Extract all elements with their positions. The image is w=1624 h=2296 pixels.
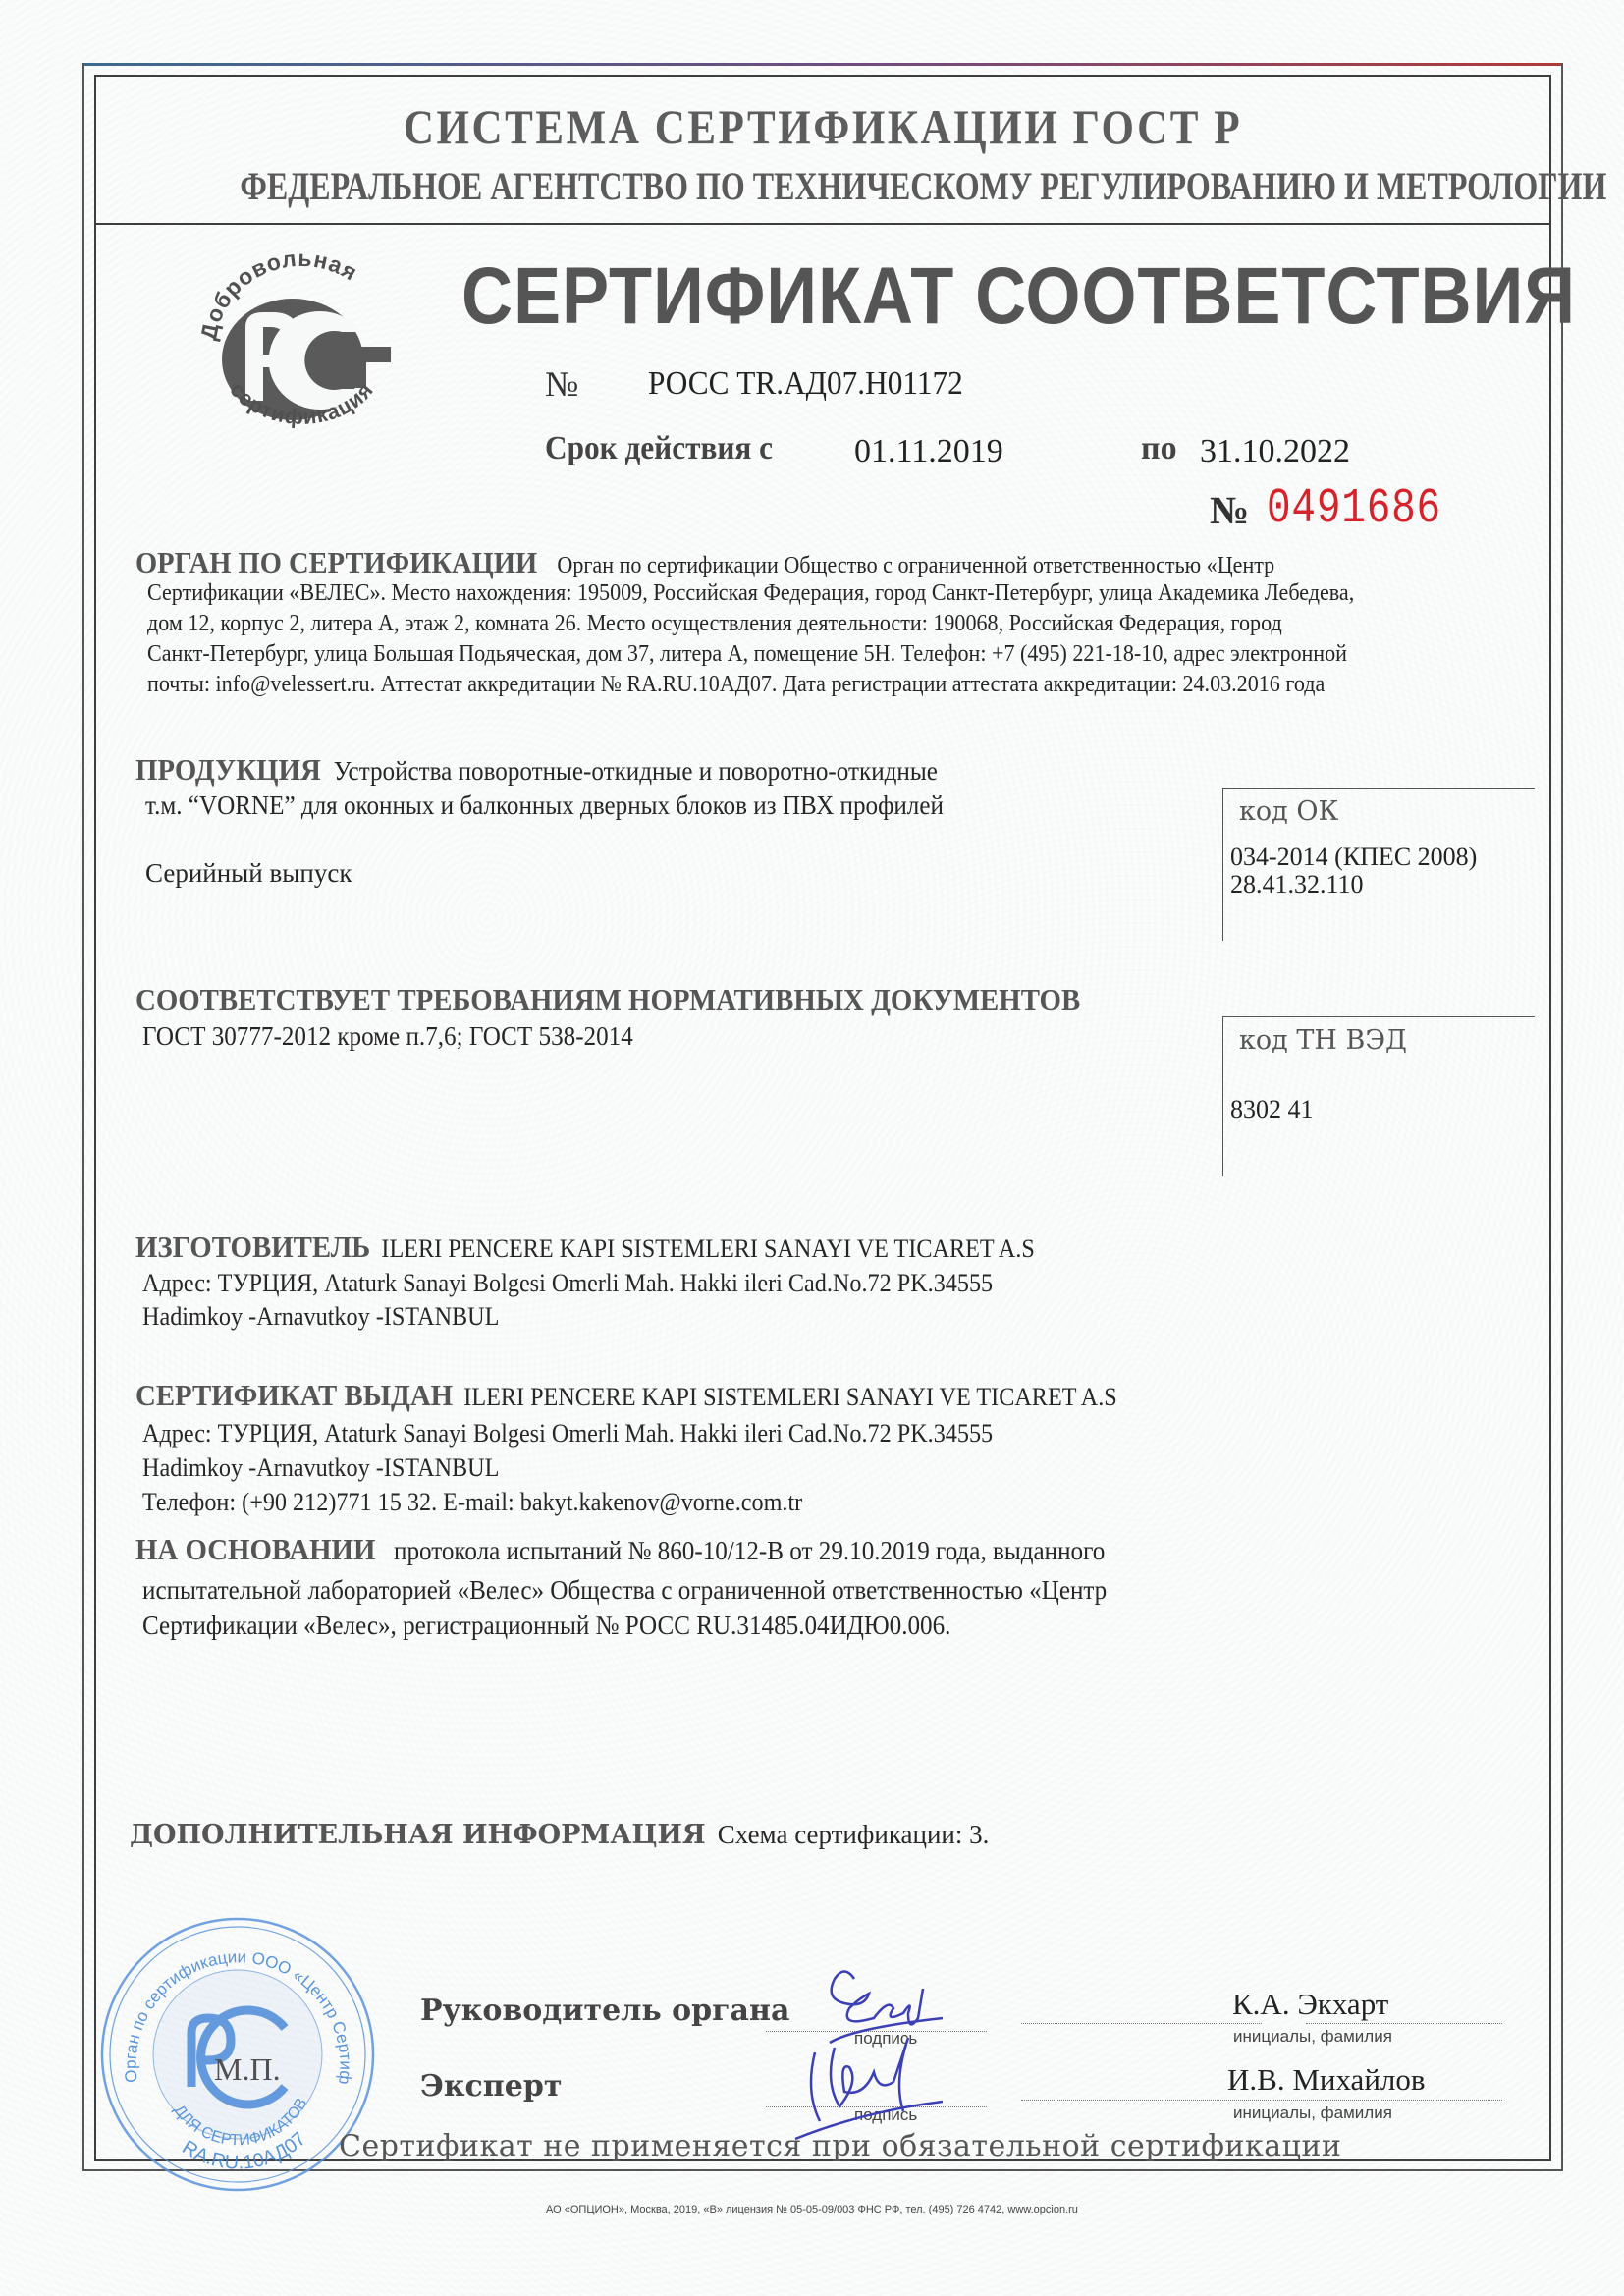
product-heading: ПРОДУКЦИЯ — [135, 752, 321, 787]
manufacturer-heading: ИЗГОТОВИТЕЛЬ — [135, 1230, 370, 1264]
issued-to-name: ILERI PENCERE KAPI SISTEMLERI SANAYI VE … — [463, 1383, 1116, 1411]
basis-line-1: протокола испытаний № 860-10/12-В от 29.… — [394, 1536, 1105, 1565]
validity-label: Срок действия с — [545, 430, 773, 467]
issued-to-section: СЕРТИФИКАТ ВЫДАН ILERI PENCERE KAPI SIST… — [135, 1378, 1117, 1413]
additional-info-section: ДОПОЛНИТЕЛЬНАЯ ИНФОРМАЦИЯ Схема сертифик… — [130, 1820, 989, 1850]
additional-info-heading: ДОПОЛНИТЕЛЬНАЯ ИНФОРМАЦИЯ — [130, 1820, 706, 1850]
certificate-number: РОСС TR.АД07.Н01172 — [648, 365, 963, 403]
certification-scheme: Схема сертификации: 3. — [718, 1820, 990, 1849]
certification-body-line: Сертификации «ВЕЛЕС». Место нахождения: … — [147, 580, 1354, 607]
issued-to-contacts: Телефон: (+90 212)771 15 32. E-mail: bak… — [142, 1488, 802, 1517]
voluntary-note: Сертификат не применяется при обязательн… — [339, 2129, 1341, 2163]
agency-heading: ФЕДЕРАЛЬНОЕ АГЕНТСТВО ПО ТЕХНИЧЕСКОМУ РЕ… — [240, 163, 1405, 209]
basis-line-3: Сертификации «Велес», регистрационный № … — [142, 1611, 950, 1641]
basis-section: НА ОСНОВАНИИ протокола испытаний № 860-1… — [135, 1532, 1105, 1567]
product-line-2: т.м. “VORNE” для оконных и балконных две… — [145, 791, 944, 821]
normative-documents: ГОСТ 30777-2012 кроме п.7,6; ГОСТ 538-20… — [142, 1021, 633, 1052]
tn-ved-value: 8302 41 — [1230, 1096, 1314, 1123]
number-sign: № — [545, 363, 578, 405]
valid-to-label: по — [1141, 430, 1177, 467]
tn-ved-code-box: код ТН ВЭД 8302 41 — [1222, 1016, 1535, 1176]
product-line-1: Устройства поворотные-откидные и поворот… — [334, 756, 938, 786]
head-of-body-label: Руководитель органа — [420, 1994, 789, 2028]
valid-to-date: 31.10.2022 — [1200, 433, 1350, 470]
expert-name: И.В. Михайлов — [1227, 2062, 1426, 2098]
document-title: СЕРТИФИКАТ СООТВЕТСТВИЯ — [461, 250, 1576, 343]
issued-to-heading: СЕРТИФИКАТ ВЫДАН — [135, 1378, 453, 1412]
ok-code-label: код ОК — [1239, 796, 1338, 827]
printer-imprint: АО «ОПЦИОН», Москва, 2019, «В» лицензия … — [0, 2204, 1624, 2215]
seal-stamp-icon: Орган по сертификации ООО «Центр Сертифи… — [98, 1915, 378, 2195]
certification-body-heading: ОРГАН ПО СЕРТИФИКАЦИИ — [135, 545, 537, 579]
expert-signature-icon — [785, 2023, 962, 2141]
issued-to-address-1: Адрес: ТУРЦИЯ, Ataturk Sanayi Bolgesi Om… — [142, 1419, 993, 1449]
system-heading: СИСТЕМА СЕРТИФИКАЦИИ ГОСТ Р — [196, 98, 1449, 155]
conformity-heading: СООТВЕТСТВУЕТ ТРЕБОВАНИЯМ НОРМАТИВНЫХ ДО… — [135, 982, 1080, 1017]
certification-body-line: Орган по сертификации Общество с огранич… — [557, 553, 1274, 578]
head-name-line-2 — [1306, 2023, 1502, 2024]
tn-ved-label: код ТН ВЭД — [1239, 1025, 1407, 1056]
certification-body-line: Санкт-Петербург, улица Большая Подьяческ… — [147, 641, 1347, 668]
valid-from-date: 01.11.2019 — [854, 433, 1003, 470]
ok-code-box: код ОК 034-2014 (КПЕС 2008) 28.41.32.110 — [1222, 788, 1535, 941]
head-name-line — [1021, 2023, 1262, 2024]
seal-place-label: М.П. — [214, 2051, 281, 2087]
basis-heading: НА ОСНОВАНИИ — [135, 1532, 375, 1566]
product-section: ПРОДУКЦИЯ Устройства поворотные-откидные… — [135, 752, 938, 788]
issued-to-address-2: Hadimkoy -Arnavutkoy -ISTANBUL — [142, 1453, 499, 1483]
ok-code-value: 034-2014 (КПЕС 2008) 28.41.32.110 — [1230, 844, 1477, 899]
manufacturer-address-1: Адрес: ТУРЦИЯ, Ataturk Sanayi Bolgesi Om… — [142, 1269, 993, 1298]
head-name-caption: инициалы, фамилия — [1233, 2027, 1392, 2047]
manufacturer-address-2: Hadimkoy -Arnavutkoy -ISTANBUL — [142, 1302, 499, 1332]
release-type: Серийный выпуск — [145, 858, 352, 889]
manufacturer-name: ILERI PENCERE KAPI SISTEMLERI SANAYI VE … — [381, 1234, 1034, 1263]
expert-name-line — [1021, 2100, 1502, 2101]
basis-line-2: испытательной лабораторией «Велес» Общес… — [142, 1575, 1107, 1606]
expert-name-caption: инициалы, фамилия — [1233, 2104, 1392, 2123]
serial-sign: № — [1210, 487, 1249, 533]
certification-body-line: дом 12, корпус 2, литера А, этаж 2, комн… — [147, 611, 1282, 637]
manufacturer-section: ИЗГОТОВИТЕЛЬ ILERI PENCERE KAPI SISTEMLE… — [135, 1230, 1035, 1265]
header-divider — [94, 223, 1551, 225]
serial-number: 0491686 — [1267, 481, 1441, 537]
head-name: К.А. Экхарт — [1232, 1987, 1388, 2022]
expert-label: Эксперт — [420, 2069, 562, 2104]
rst-logo-icon: Добровольная сертификация — [194, 253, 401, 440]
certification-body-line: почты: info@velessert.ru. Аттестат аккре… — [147, 672, 1325, 698]
